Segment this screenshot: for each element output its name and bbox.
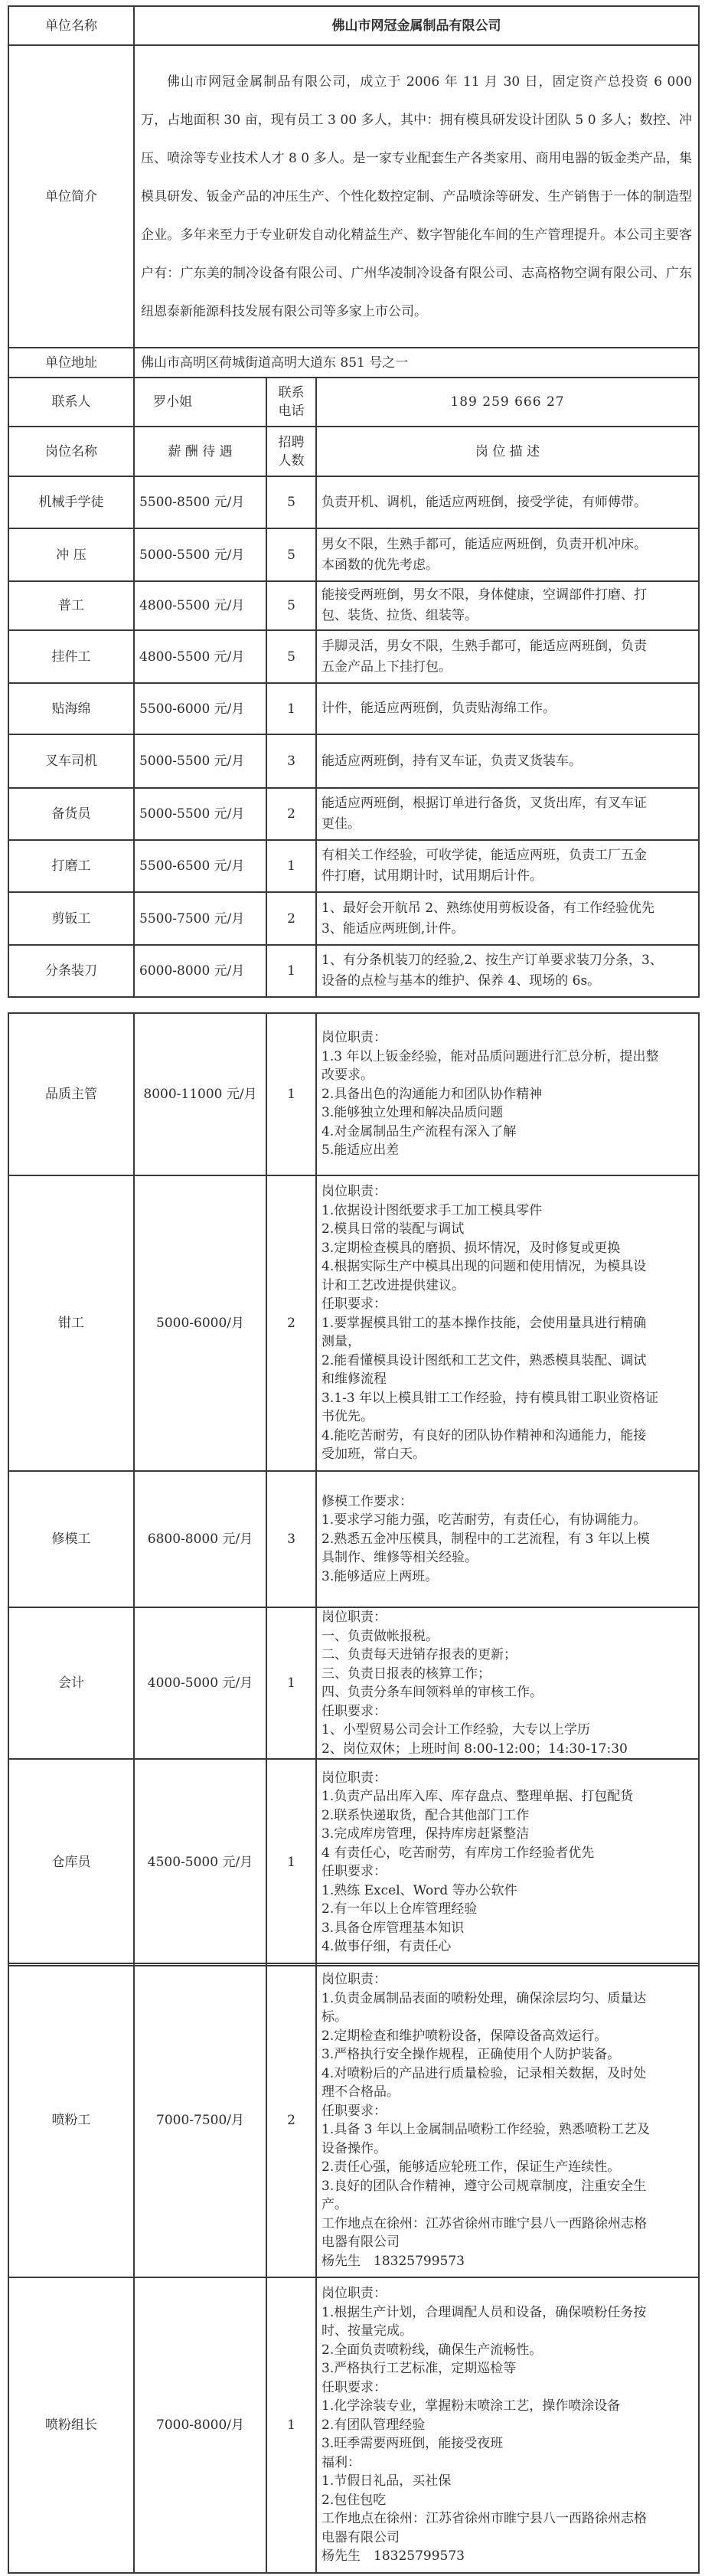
job-description-line: 2.熟悉五金冲压模具，制程中的工艺流程，有 3 年以上模 (321, 1530, 694, 1549)
job-description-line: 3.1-3 年以上模具钳工工作经验，持有模具钳工职业资格证 (321, 1389, 694, 1408)
contact-name: 罗小姐 (134, 378, 266, 427)
job-headcount: 2 (266, 1963, 316, 2277)
job-description-line: 1.化学涂装专业，掌握粉末喷涂工艺，操作喷涂设备 (321, 2397, 694, 2416)
job-description-line: 负责开机、调机，能适应两班倒，接受学徒，有师傅带。 (321, 492, 694, 513)
job-headcount: 2 (266, 1175, 316, 1471)
job-description-line: 设备的点检与基本的维护、保养 4、现场的 6s。 (321, 971, 694, 992)
job-headcount: 5 (266, 630, 316, 683)
job-description-line: 任职要求： (321, 2378, 694, 2398)
job-row: 分条装刀6000-8000 元/月11、有分条机装刀的经验,2、按生产订单要求装… (8, 945, 699, 997)
job-description-line: 和维修流程 (321, 1370, 694, 1389)
job-row: 修模工6800-8000 元/月3修模工作要求：1.要求学习能力强，吃苦耐劳，有… (8, 1471, 699, 1607)
job-description: 能适应两班倒，持有叉车证，负责叉货装车。 (316, 734, 699, 788)
job-salary: 8000-11000 元/月 (134, 1013, 266, 1175)
job-description-line: 能适应两班倒，持有叉车证，负责叉货装车。 (321, 751, 694, 772)
job-description-line: 2.定期检查和维护喷粉设备，保障设备高效运行。 (321, 2027, 694, 2046)
job-description: 岗位职责：1.负责金属制品表面的喷粉处理，确保涂层均匀、质量达标。2.定期检查和… (316, 1963, 699, 2277)
job-title: 挂件工 (8, 630, 134, 683)
job-salary: 5500-6000 元/月 (134, 683, 266, 734)
job-description-line: 五金产品上下挂打包。 (321, 657, 694, 678)
job-salary: 5000-6000/月 (134, 1175, 266, 1471)
job-row: 贴海绵5500-6000 元/月1计件，能适应两班倒，负责贴海绵工作。 (8, 683, 699, 734)
table3-job-rows: 喷粉工7000-7500/月2岗位职责：1.负责金属制品表面的喷粉处理，确保涂层… (8, 1963, 699, 2573)
job-salary: 4500-5000 元/月 (134, 1759, 266, 1966)
company-intro-row: 单位简介 佛山市网冠金属制品有限公司，成立于 2006 年 11 月 30 日，… (8, 45, 699, 348)
job-description: 岗位职责：一、负责做帐报税。二、负责每天进销存报表的更新；三、负责日报表的核算工… (316, 1607, 699, 1759)
job-description-line: 4 有责任心，吃苦耐劳，有库房工作经验者优先 (321, 1844, 694, 1863)
job-description-line: 测量， (321, 1332, 694, 1352)
job-salary: 4800-5500 元/月 (134, 630, 266, 683)
job-title: 机械手学徒 (8, 476, 134, 528)
job-description-line: 改要求。 (321, 1066, 694, 1085)
job-description-line: 1、有分条机装刀的经验,2、按生产订单要求装刀分条，3、 (321, 950, 694, 971)
job-title: 打磨工 (8, 840, 134, 892)
company-address: 佛山市高明区荷城街道高明大道东 851 号之一 (134, 348, 699, 378)
job-description-line: 3.完成库房管理，保持库房赶紧整洁 (321, 1825, 694, 1844)
job-description-line: 书优先。 (321, 1407, 694, 1427)
job-description-line: 杨先生 18325799573 (321, 2252, 694, 2271)
job-description-line: 4.根据实际生产中模具出现的问题和使用情况，为模具设 (321, 1257, 694, 1277)
company-intro-label: 单位简介 (8, 45, 134, 348)
job-salary: 4000-5000 元/月 (134, 1607, 266, 1759)
jobs-table-3: 喷粉工7000-7500/月2岗位职责：1.负责金属制品表面的喷粉处理，确保涂层… (8, 1963, 700, 2574)
job-row: 喷粉工7000-7500/月2岗位职责：1.负责金属制品表面的喷粉处理，确保涂层… (8, 1963, 699, 2277)
job-salary: 5000-5500 元/月 (134, 734, 266, 788)
header-description: 岗 位 描 述 (316, 427, 699, 476)
job-description-line: 本函数的优先考虑。 (321, 555, 694, 576)
job-description-line: 3、能适应两班倒,计件。 (321, 919, 694, 940)
header-position: 岗位名称 (8, 427, 134, 476)
job-description-line: 2.联系快递取货，配合其他部门工作 (321, 1806, 694, 1826)
job-description-line: 2、岗位双休；上班时间 8:00-12:00；14:30-17:30 (321, 1740, 694, 1759)
job-description: 手脚灵活，男女不限，生熟手都可，能适应两班倒，负责五金产品上下挂打包。 (316, 630, 699, 683)
company-address-label: 单位地址 (8, 348, 134, 378)
phone-label: 联系 电话 (266, 378, 316, 427)
job-description-line: 3.旺季需要两班倒，能接受夜班 (321, 2434, 694, 2453)
header-count-line2: 人数 (267, 452, 315, 470)
job-description-line: 3.具备仓库管理基本知识 (321, 1919, 694, 1938)
job-salary: 5000-5500 元/月 (134, 788, 266, 840)
job-description-line: 1.根据生产计划，合理调配人员和设备，确保喷粉任务按 (321, 2303, 694, 2323)
jobs-header-row: 岗位名称 薪 酬 待 遇 招聘 人数 岗 位 描 述 (8, 427, 699, 476)
job-description-line: 4.对金属制品生产流程有深入了解 (321, 1123, 694, 1142)
job-description-line: 1.负责产品出库入库、库存盘点、整理单据、打包配货 (321, 1787, 694, 1806)
job-description-line: 岗位职责： (321, 1608, 694, 1627)
job-title: 钳工 (8, 1175, 134, 1471)
job-description-line: 任职要求： (321, 1862, 694, 1881)
job-headcount: 2 (266, 892, 316, 945)
job-salary: 5500-8500 元/月 (134, 476, 266, 528)
job-salary: 5500-7500 元/月 (134, 892, 266, 945)
job-description: 负责开机、调机，能适应两班倒，接受学徒，有师傅带。 (316, 476, 699, 528)
company-intro-text: 佛山市网冠金属制品有限公司，成立于 2006 年 11 月 30 日，固定资产总… (134, 45, 699, 348)
job-headcount: 1 (266, 683, 316, 734)
job-headcount: 1 (266, 945, 316, 997)
job-salary: 5500-6500 元/月 (134, 840, 266, 892)
job-headcount: 5 (266, 528, 316, 581)
job-title: 贴海绵 (8, 683, 134, 734)
job-description-line: 能适应两班倒，根据订单进行备货，叉货出库，有叉车证 (321, 793, 694, 814)
job-row: 打磨工5500-6500 元/月1有相关工作经验，可收学徒，能适应两班，负责工厂… (8, 840, 699, 892)
company-info-and-jobs-table: 单位名称 佛山市网冠金属制品有限公司 单位简介 佛山市网冠金属制品有限公司，成立… (8, 5, 700, 998)
job-description: 能接受两班倒，男女不限，身体健康，空调部件打磨、打包、装货、拉货、组装等。 (316, 581, 699, 630)
job-title: 会计 (8, 1607, 134, 1759)
header-count-line1: 招聘 (267, 433, 315, 452)
job-description-line: 理不合格品。 (321, 2083, 694, 2102)
job-description: 能适应两班倒，根据订单进行备货，叉货出库，有叉车证更佳。 (316, 788, 699, 840)
job-description-line: 计件，能适应两班倒，负责贴海绵工作。 (321, 698, 694, 719)
job-headcount: 5 (266, 476, 316, 528)
job-description-line: 时、按量完成。 (321, 2322, 694, 2341)
job-row: 喷粉组长7000-8000/月1岗位职责：1.根据生产计划，合理调配人员和设备，… (8, 2277, 699, 2573)
job-title: 品质主管 (8, 1013, 134, 1175)
job-description-line: 2.包住包吃 (321, 2491, 694, 2510)
job-description: 岗位职责：1.根据生产计划，合理调配人员和设备，确保喷粉任务按时、按量完成。2.… (316, 2277, 699, 2573)
job-row: 挂件工4800-5500 元/月5手脚灵活，男女不限，生熟手都可，能适应两班倒，… (8, 630, 699, 683)
job-headcount: 1 (266, 840, 316, 892)
job-description-line: 3.严格执行安全操作规程，正确使用个人防护装备。 (321, 2045, 694, 2064)
job-title: 喷粉工 (8, 1963, 134, 2277)
job-salary: 7000-8000/月 (134, 2277, 266, 2573)
job-description-line: 2.有团队管理经验 (321, 2416, 694, 2435)
job-description-line: 4.做事仔细，有责任心 (321, 1937, 694, 1957)
job-description-line: 修模工作要求： (321, 1492, 694, 1512)
company-name: 佛山市网冠金属制品有限公司 (134, 6, 699, 45)
job-salary: 6800-8000 元/月 (134, 1471, 266, 1607)
job-description-line: 2.模具日常的装配与调试 (321, 1220, 694, 1239)
job-description-line: 福利： (321, 2453, 694, 2473)
job-description-line: 岗位职责： (321, 1028, 694, 1048)
job-description-line: 受加班，常白天。 (321, 1445, 694, 1464)
job-row: 会计4000-5000 元/月1岗位职责：一、负责做帐报税。二、负责每天进销存报… (8, 1607, 699, 1759)
job-row: 叉车司机5000-5500 元/月3能适应两班倒，持有叉车证，负责叉货装车。 (8, 734, 699, 788)
job-description-line: 4.能吃苦耐劳，有良好的团队协作精神和沟通能力，能接 (321, 1427, 694, 1446)
job-headcount: 1 (266, 1607, 316, 1759)
job-description-line: 任职要求： (321, 1295, 694, 1314)
job-description-line: 计和工艺改进提供建议。 (321, 1277, 694, 1296)
job-title: 仓库员 (8, 1759, 134, 1966)
job-description-line: 1.节假日礼品，买社保 (321, 2472, 694, 2491)
job-description-line: 任职要求： (321, 2102, 694, 2121)
job-salary: 7000-7500/月 (134, 1963, 266, 2277)
company-address-row: 单位地址 佛山市高明区荷城街道高明大道东 851 号之一 (8, 348, 699, 378)
job-description-line: 工作地点在徐州：江苏省徐州市睢宁县八一西路徐州志格 (321, 2215, 694, 2234)
job-description-line: 4.对喷粉后的产品进行质量检验，记录相关数据，及时处 (321, 2064, 694, 2084)
job-title: 喷粉组长 (8, 2277, 134, 2573)
job-row: 钳工5000-6000/月2岗位职责：1.依据设计图纸要求手工加工模具零件2.模… (8, 1175, 699, 1471)
job-description-line: 3.严格执行工艺标准，定期巡检等 (321, 2359, 694, 2378)
job-description-line: 1、最好会开航吊 2、熟练使用剪板设备，有工作经验优先 (321, 898, 694, 919)
job-headcount: 2 (266, 788, 316, 840)
job-description-line: 有相关工作经验，可收学徒，能适应两班，负责工厂五金 (321, 845, 694, 866)
job-description-line: 5.能适应出差 (321, 1141, 694, 1160)
job-row: 冲 压5000-5500 元/月5男女不限，生熟手都可，能适应两班倒，负责开机冲… (8, 528, 699, 581)
job-title: 普工 (8, 581, 134, 630)
job-description-line: 一、负责做帐报税。 (321, 1627, 694, 1646)
phone-label-line1: 联系 (267, 384, 315, 402)
company-name-row: 单位名称 佛山市网冠金属制品有限公司 (8, 6, 699, 45)
contact-label: 联系人 (8, 378, 134, 427)
table2-job-rows: 品质主管8000-11000 元/月1岗位职责：1.3 年以上钣金经验，能对品质… (8, 1013, 699, 1966)
job-description-line: 件打磨，试用期计时，试用期后计件。 (321, 866, 694, 887)
job-salary: 5000-5500 元/月 (134, 528, 266, 581)
job-description-line: 2.全面负责喷粉线，确保生产流畅性。 (321, 2341, 694, 2360)
job-description-line: 2.责任心强，能够适应轮班工作，保证生产连续性。 (321, 2158, 694, 2177)
job-description-line: 岗位职责： (321, 1769, 694, 1788)
job-description-line: 标。 (321, 2008, 694, 2027)
job-row: 普工4800-5500 元/月5能接受两班倒，男女不限，身体健康，空调部件打磨、… (8, 581, 699, 630)
job-row: 备货员5000-5500 元/月2能适应两班倒，根据订单进行备货，叉货出库，有叉… (8, 788, 699, 840)
job-description-line: 1.熟练 Excel、Word 等办公软件 (321, 1881, 694, 1901)
job-description-line: 手脚灵活，男女不限，生熟手都可，能适应两班倒，负责 (321, 636, 694, 657)
job-headcount: 1 (266, 1013, 316, 1175)
job-description: 岗位职责：1.依据设计图纸要求手工加工模具零件2.模具日常的装配与调试3.定期检… (316, 1175, 699, 1471)
job-description: 计件，能适应两班倒，负责贴海绵工作。 (316, 683, 699, 734)
job-description-line: 岗位职责： (321, 1970, 694, 1989)
job-row: 品质主管8000-11000 元/月1岗位职责：1.3 年以上钣金经验，能对品质… (8, 1013, 699, 1175)
job-description-line: 1.要掌握模具钳工的基本操作技能，会使用量具进行精确 (321, 1314, 694, 1333)
phone-label-line2: 电话 (267, 402, 315, 420)
job-description-line: 1.要求学习能力强，吃苦耐劳，有责任心，有协调能力。 (321, 1511, 694, 1530)
job-description-line: 包、装货、拉货、组装等。 (321, 606, 694, 626)
job-description-line: 3.定期检查模具的磨损、损坏情况，及时修复或更换 (321, 1239, 694, 1258)
company-name-label: 单位名称 (8, 6, 134, 45)
job-description-line: 2.有一年以上仓库管理经验 (321, 1900, 694, 1919)
job-description: 1、最好会开航吊 2、熟练使用剪板设备，有工作经验优先3、能适应两班倒,计件。 (316, 892, 699, 945)
job-description: 岗位职责：1.3 年以上钣金经验，能对品质问题进行汇总分析，提出整改要求。2.具… (316, 1013, 699, 1175)
job-description-line: 男女不限，生熟手都可，能适应两班倒，负责开机冲床。 (321, 534, 694, 555)
job-description: 男女不限，生熟手都可，能适应两班倒，负责开机冲床。本函数的优先考虑。 (316, 528, 699, 581)
job-description: 1、有分条机装刀的经验,2、按生产订单要求装刀分条，3、设备的点检与基本的维护、… (316, 945, 699, 997)
job-description-line: 1、小型贸易公司会计工作经验，大专以上学历 (321, 1721, 694, 1740)
job-description-line: 产。 (321, 2195, 694, 2215)
job-headcount: 5 (266, 581, 316, 630)
job-description-line: 3.能够适应上两班。 (321, 1568, 694, 1587)
job-row: 仓库员4500-5000 元/月1岗位职责：1.负责产品出库入库、库存盘点、整理… (8, 1759, 699, 1966)
job-headcount: 3 (266, 1471, 316, 1607)
job-headcount: 1 (266, 2277, 316, 2573)
job-description-line: 任职要求： (321, 1702, 694, 1721)
job-description-line: 3.能够独立处理和解决品质问题 (321, 1103, 694, 1123)
job-description-line: 更佳。 (321, 814, 694, 835)
job-description-line: 四、负责分条车间领料单的审核工作。 (321, 1683, 694, 1702)
job-title: 剪钣工 (8, 892, 134, 945)
job-description-line: 岗位职责： (321, 2284, 694, 2303)
job-description-line: 电器有限公司 (321, 2529, 694, 2548)
job-headcount: 1 (266, 1759, 316, 1966)
job-description-line: 1.负责金属制品表面的喷粉处理，确保涂层均匀、质量达 (321, 1989, 694, 2009)
contact-phone: 189 259 666 27 (316, 378, 699, 427)
job-description-line: 三、负责日报表的核算工作； (321, 1665, 694, 1684)
job-row: 机械手学徒5500-8500 元/月5负责开机、调机，能适应两班倒，接受学徒，有… (8, 476, 699, 528)
job-title: 叉车司机 (8, 734, 134, 788)
job-headcount: 3 (266, 734, 316, 788)
job-title: 冲 压 (8, 528, 134, 581)
header-salary: 薪 酬 待 遇 (134, 427, 266, 476)
job-description: 修模工作要求：1.要求学习能力强，吃苦耐劳，有责任心，有协调能力。2.熟悉五金冲… (316, 1471, 699, 1607)
job-title: 修模工 (8, 1471, 134, 1607)
job-description: 有相关工作经验，可收学徒，能适应两班，负责工厂五金件打磨，试用期计时，试用期后计… (316, 840, 699, 892)
job-description-line: 岗位职责： (321, 1182, 694, 1201)
job-description-line: 能接受两班倒，男女不限，身体健康，空调部件打磨、打 (321, 585, 694, 606)
job-description-line: 1.依据设计图纸要求手工加工模具零件 (321, 1201, 694, 1221)
job-description: 岗位职责：1.负责产品出库入库、库存盘点、整理单据、打包配货2.联系快递取货，配… (316, 1759, 699, 1966)
job-description-line: 杨先生 18325799573 (321, 2547, 694, 2566)
jobs-table-2: 品质主管8000-11000 元/月1岗位职责：1.3 年以上钣金经验，能对品质… (8, 1012, 700, 1966)
job-description-line: 2.具备出色的沟通能力和团队协作精神 (321, 1085, 694, 1104)
job-description-line: 1.具备 3 年以上金属制品喷粉工作经验，熟悉喷粉工艺及 (321, 2120, 694, 2140)
contact-row: 联系人 罗小姐 联系 电话 189 259 666 27 (8, 378, 699, 427)
job-title: 备货员 (8, 788, 134, 840)
job-salary: 4800-5500 元/月 (134, 581, 266, 630)
job-description-line: 具制作、维修等相关经验。 (321, 1548, 694, 1568)
job-description-line: 设备操作。 (321, 2140, 694, 2159)
table1-job-rows: 机械手学徒5500-8500 元/月5负责开机、调机，能适应两班倒，接受学徒，有… (8, 476, 699, 997)
job-title: 分条装刀 (8, 945, 134, 997)
job-description-line: 二、负责每天进销存报表的更新； (321, 1646, 694, 1665)
job-description-line: 电器有限公司 (321, 2233, 694, 2252)
header-count: 招聘 人数 (266, 427, 316, 476)
job-salary: 6000-8000 元/月 (134, 945, 266, 997)
job-description-line: 3.良好的团队合作精神，遵守公司规章制度，注重安全生 (321, 2177, 694, 2196)
job-description-line: 2.能看懂模具设计图纸和工艺文件，熟悉模具装配、调试 (321, 1352, 694, 1371)
job-description-line: 工作地点在徐州：江苏省徐州市睢宁县八一西路徐州志格 (321, 2509, 694, 2529)
job-row: 剪钣工5500-7500 元/月21、最好会开航吊 2、熟练使用剪板设备，有工作… (8, 892, 699, 945)
job-description-line: 1.3 年以上钣金经验，能对品质问题进行汇总分析，提出整 (321, 1048, 694, 1067)
